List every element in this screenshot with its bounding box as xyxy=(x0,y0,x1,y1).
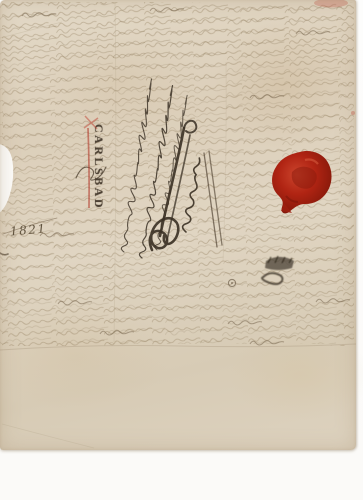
paper-stain xyxy=(215,20,355,150)
carlsbad-postmark: CARLSBAD xyxy=(92,122,106,212)
fold-creases xyxy=(0,2,356,448)
ink-smudge-marking xyxy=(262,256,294,284)
bleed-through-writing xyxy=(0,2,354,346)
paper-stain xyxy=(230,330,363,420)
red-wax-seal xyxy=(272,151,331,213)
paper-stain xyxy=(40,30,200,130)
small-ink-circle xyxy=(228,279,235,286)
scan-background: CARLSBAD 1821 xyxy=(0,0,363,500)
red-postal-marks xyxy=(84,0,355,208)
year-notation: 1821 xyxy=(9,221,47,238)
letter-sheet: CARLSBAD 1821 xyxy=(0,0,356,450)
paper-tear-notch xyxy=(0,144,13,213)
paper-stain xyxy=(0,300,170,410)
letter-artwork xyxy=(0,0,356,450)
